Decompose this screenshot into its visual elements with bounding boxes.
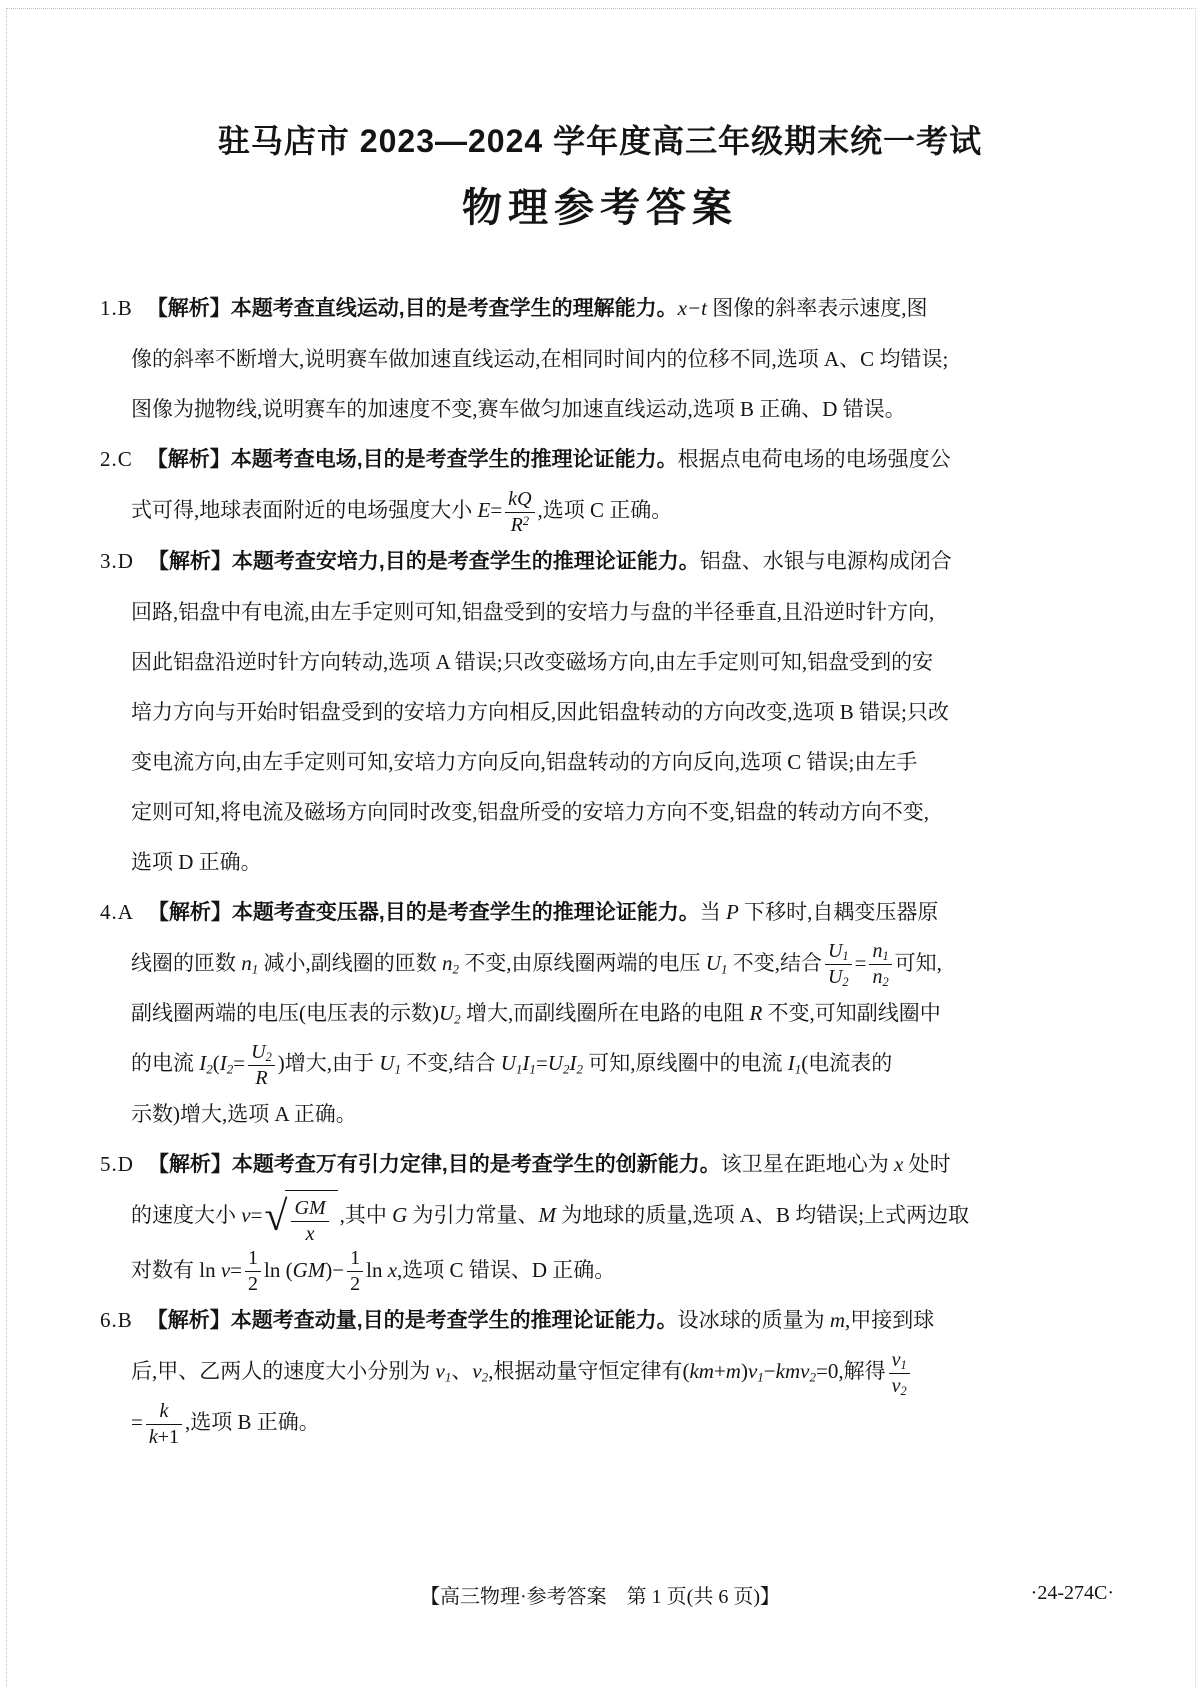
math-segment: v1	[436, 1359, 452, 1383]
item-number: 4.A	[100, 900, 134, 924]
text-segment: =	[536, 1051, 548, 1075]
math-segment: x	[894, 1152, 903, 1176]
subscript: 1	[900, 1358, 906, 1372]
math-segment: kmv2	[776, 1359, 816, 1383]
text-segment: 处时	[903, 1152, 950, 1176]
text-segment: ,甲接到球	[845, 1308, 934, 1332]
text-segment: ,其中	[340, 1203, 393, 1227]
fraction: n1n2	[869, 941, 891, 988]
answer-key-title: 物理参考答案	[0, 176, 1200, 233]
text-segment: 示数)增大,选项 A 正确。	[131, 1102, 357, 1126]
math-segment: U1	[379, 1051, 401, 1075]
math-segment: E	[478, 498, 491, 522]
footer-code: ·24-274C·	[1031, 1582, 1114, 1605]
subscript: 2	[882, 975, 888, 989]
fraction-denominator: 2	[245, 1271, 261, 1295]
math-segment: R	[749, 1001, 762, 1025]
fraction-denominator: x	[291, 1221, 328, 1245]
text-segment: 减小,副线圈的匝数	[258, 951, 442, 975]
text-segment: 可知,原线圈中的电流	[583, 1051, 788, 1075]
text-line: 4.A【解析】本题考查变压器,目的是考查学生的推理论证能力。当 P 下移时,自耦…	[100, 887, 1112, 938]
text-segment: 不变,结合	[727, 951, 822, 975]
text-segment: ,选项 C 错误、D 正确。	[397, 1258, 615, 1282]
page-footer: 【高三物理·参考答案 第 1 页(共 6 页)】 ·24-274C·	[0, 1580, 1200, 1609]
answer-item: 2.C【解析】本题考查电场,目的是考查学生的推理论证能力。根据点电荷电场的电场强…	[131, 434, 1112, 536]
fraction-denominator: n2	[869, 964, 891, 988]
text-segment: 设冰球的质量为	[678, 1308, 830, 1332]
fraction-denominator: k+1	[146, 1424, 182, 1448]
text-segment: ln	[366, 1258, 388, 1282]
text-segment: 不变,结合	[401, 1051, 501, 1075]
text-segment: 培力方向与开始时铝盘受到的安培力方向相反,因此铝盘转动的方向改变,选项 B 错误…	[131, 700, 949, 724]
math-segment: R	[255, 1067, 267, 1089]
fraction: kQR2	[505, 489, 534, 536]
math-segment: U1	[706, 951, 728, 975]
subscript: 2	[900, 1384, 906, 1398]
subscript: 1	[842, 949, 848, 963]
math-segment: x	[306, 1223, 315, 1245]
text-segment: )−	[325, 1258, 344, 1282]
fraction-numerator: v1	[889, 1350, 910, 1373]
subscript: 2	[842, 975, 848, 989]
text-segment: 不变,由原线圈两端的电压	[459, 951, 706, 975]
fraction-denominator: 2	[347, 1271, 363, 1295]
text-line: 的速度大小 v=√GMx,其中 G 为引力常量、M 为地球的质量,选项 A、B …	[131, 1190, 1112, 1245]
fraction-denominator: R2	[505, 512, 534, 536]
math-segment: U1	[828, 940, 849, 962]
text-segment: 1	[350, 1247, 360, 1269]
bold-segment: 【解析】本题考查安培力,目的是考查学生的推理论证能力。	[148, 550, 700, 573]
text-segment: 、	[451, 1359, 472, 1383]
math-segment: U1I1	[501, 1051, 536, 1075]
answer-items: 1.B【解析】本题考查直线运动,目的是考查学生的理解能力。x−t 图像的斜率表示…	[131, 283, 1112, 1448]
text-line: 培力方向与开始时铝盘受到的安培力方向相反,因此铝盘转动的方向改变,选项 B 错误…	[131, 687, 1112, 737]
text-line: 对数有 ln v=12ln (GM)−12ln x,选项 C 错误、D 正确。	[131, 1245, 1112, 1296]
text-segment: 图像的斜率表示速度,图	[707, 296, 928, 320]
item-number: 3.D	[100, 549, 134, 573]
math-segment: km	[689, 1359, 714, 1383]
math-segment: U2I2	[548, 1051, 583, 1075]
math-segment: GM	[294, 1197, 325, 1219]
math-segment: m	[830, 1308, 845, 1332]
text-segment: −	[764, 1359, 776, 1383]
math-segment: v2	[472, 1359, 488, 1383]
math-segment: v1	[748, 1359, 764, 1383]
math-segment: I2	[199, 1051, 213, 1075]
text-line: 副线圈两端的电压(电压表的示数)U2 增大,而副线圈所在电路的电阻 R 不变,可…	[131, 988, 1112, 1038]
text-segment: 对数有 ln	[131, 1258, 221, 1282]
fraction: 12	[347, 1248, 363, 1295]
item-number: 5.D	[100, 1152, 134, 1176]
fraction-numerator: 1	[347, 1248, 363, 1271]
answer-item: 6.B【解析】本题考查动量,目的是考查学生的推理论证能力。设冰球的质量为 m,甲…	[131, 1295, 1112, 1447]
bold-segment: 【解析】本题考查万有引力定律,目的是考查学生的创新能力。	[148, 1153, 721, 1176]
text-segment: =	[131, 1410, 143, 1434]
math-segment: M	[539, 1203, 557, 1227]
answer-item: 4.A【解析】本题考查变压器,目的是考查学生的推理论证能力。当 P 下移时,自耦…	[131, 887, 1112, 1139]
fraction-numerator: kQ	[505, 489, 534, 512]
footer-page-label: 【高三物理·参考答案 第 1 页(共 6 页)】	[420, 1586, 780, 1608]
sqrt-content: GMx	[285, 1190, 337, 1245]
text-segment: (	[213, 1051, 220, 1075]
text-line: 选项 D 正确。	[131, 837, 1112, 887]
fraction: kk+1	[146, 1401, 182, 1448]
math-segment: n2	[872, 966, 888, 988]
text-line: 3.D【解析】本题考查安培力,目的是考查学生的推理论证能力。铝盘、水银与电源构成…	[100, 536, 1112, 587]
answer-item: 3.D【解析】本题考查安培力,目的是考查学生的推理论证能力。铝盘、水银与电源构成…	[131, 536, 1112, 887]
math-segment: R2	[511, 514, 529, 536]
fraction: GMx	[291, 1198, 328, 1245]
text-segment: 选项 D 正确。	[131, 850, 262, 874]
text-segment: 的电流	[131, 1051, 199, 1075]
text-line: 定则可知,将电流及磁场方向同时改变,铝盘所受的安培力方向不变,铝盘的转动方向不变…	[131, 787, 1112, 837]
answer-item: 1.B【解析】本题考查直线运动,目的是考查学生的理解能力。x−t 图像的斜率表示…	[131, 283, 1112, 434]
fraction-numerator: 1	[245, 1248, 261, 1271]
text-segment: 2	[248, 1273, 258, 1295]
text-segment: 线圈的匝数	[131, 951, 241, 975]
text-line: 后,甲、乙两人的速度大小分别为 v1、v2,根据动量守恒定律有(km+m)v1−…	[131, 1346, 1112, 1397]
math-segment: GM	[293, 1258, 326, 1282]
text-segment: 1	[248, 1247, 258, 1269]
math-segment: k	[149, 1426, 158, 1448]
math-segment: v2	[892, 1375, 907, 1397]
text-segment: (电流表的	[801, 1051, 892, 1075]
text-segment: 该卫星在距地心为	[721, 1152, 894, 1176]
text-line: 像的斜率不断增大,说明赛车做加速直线运动,在相同时间内的位移不同,选项 A、C …	[131, 334, 1112, 384]
text-segment: ,选项 B 正确。	[185, 1410, 320, 1434]
subscript: 1	[516, 1062, 523, 1077]
text-segment: 为引力常量、	[407, 1203, 538, 1227]
fraction-numerator: k	[146, 1401, 182, 1424]
radical-icon: √	[264, 1200, 287, 1236]
text-segment: 铝盘、水银与电源构成闭合	[700, 549, 952, 573]
math-segment: U2	[251, 1041, 272, 1063]
text-segment: 2	[350, 1273, 360, 1295]
fraction-denominator: U2	[825, 964, 852, 988]
math-segment: n1	[872, 940, 888, 962]
text-segment: 根据点电荷电场的电场强度公	[678, 447, 951, 471]
superscript: 2	[523, 514, 529, 528]
text-segment: 可知,	[895, 951, 942, 975]
bold-segment: 【解析】本题考查动量,目的是考查学生的推理论证能力。	[147, 1309, 678, 1332]
text-segment: 不变,可知副线圈中	[762, 1001, 941, 1025]
item-number: 6.B	[100, 1308, 133, 1332]
math-segment: I2	[220, 1051, 234, 1075]
text-line: =kk+1,选项 B 正确。	[131, 1397, 1112, 1448]
text-line: 线圈的匝数 n1 减小,副线圈的匝数 n2 不变,由原线圈两端的电压 U1 不变…	[131, 938, 1112, 989]
exam-title: 驻马店市 2023—2024 学年度高三年级期末统一考试	[0, 0, 1200, 162]
math-segment: v1	[892, 1349, 907, 1371]
text-segment: +	[714, 1359, 726, 1383]
math-segment: I1	[788, 1051, 802, 1075]
text-segment: 下移时,自耦变压器原	[739, 900, 939, 924]
math-segment: v	[221, 1258, 230, 1282]
text-segment: 后,甲、乙两人的速度大小分别为	[131, 1359, 436, 1383]
text-segment: )增大,由于	[278, 1051, 380, 1075]
answer-item: 5.D【解析】本题考查万有引力定律,目的是考查学生的创新能力。该卫星在距地心为 …	[131, 1139, 1112, 1295]
math-segment: x−t	[678, 296, 707, 320]
text-segment: 像的斜率不断增大,说明赛车做加速直线运动,在相同时间内的位移不同,选项 A、C …	[131, 347, 948, 371]
fraction: U1U2	[825, 941, 852, 988]
math-segment: P	[726, 900, 739, 924]
text-segment: =	[230, 1258, 242, 1282]
text-segment: 回路,铝盘中有电流,由左手定则可知,铝盘受到的安培力与盘的半径垂直,且沿逆时针方…	[131, 600, 934, 624]
text-segment: 的速度大小	[131, 1203, 241, 1227]
text-segment: )	[741, 1359, 748, 1383]
bold-segment: 【解析】本题考查变压器,目的是考查学生的推理论证能力。	[148, 901, 700, 924]
fraction-denominator: v2	[889, 1373, 910, 1397]
text-line: 式可得,地球表面附近的电场强度大小 E=kQR2,选项 C 正确。	[131, 485, 1112, 536]
fraction-numerator: U2	[248, 1042, 275, 1065]
subscript: 2	[563, 1062, 570, 1077]
text-line: 因此铝盘沿逆时针方向转动,选项 A 错误;只改变磁场方向,由左手定则可知,铝盘受…	[131, 637, 1112, 687]
text-line: 1.B【解析】本题考查直线运动,目的是考查学生的理解能力。x−t 图像的斜率表示…	[100, 283, 1112, 334]
text-line: 图像为抛物线,说明赛车的加速度不变,赛车做匀加速直线运动,选项 B 正确、D 错…	[131, 384, 1112, 434]
text-segment: =	[251, 1203, 263, 1227]
math-segment: G	[392, 1203, 407, 1227]
subscript: 1	[882, 949, 888, 963]
document-page: 驻马店市 2023—2024 学年度高三年级期末统一考试 物理参考答案 1.B【…	[0, 0, 1200, 1689]
text-segment: ,选项 C 正确。	[538, 498, 673, 522]
bold-segment: 【解析】本题考查直线运动,目的是考查学生的理解能力。	[147, 297, 678, 320]
text-line: 的电流 I2(I2=U2R)增大,由于 U1 不变,结合 U1I1=U2I2 可…	[131, 1038, 1112, 1089]
text-segment: 为地球的质量,选项 A、B 均错误;上式两边取	[556, 1203, 969, 1227]
text-segment: =	[490, 498, 502, 522]
text-segment: 当	[700, 900, 726, 924]
math-segment: n1	[241, 951, 258, 975]
fraction: U2R	[248, 1042, 275, 1089]
text-segment: +1	[158, 1426, 179, 1448]
text-line: 6.B【解析】本题考查动量,目的是考查学生的推理论证能力。设冰球的质量为 m,甲…	[100, 1295, 1112, 1346]
fraction-denominator: R	[248, 1065, 275, 1089]
text-segment: ln (	[264, 1258, 293, 1282]
math-segment: U2	[439, 1001, 461, 1025]
subscript: 2	[266, 1050, 272, 1064]
text-line: 回路,铝盘中有电流,由左手定则可知,铝盘受到的安培力与盘的半径垂直,且沿逆时针方…	[131, 587, 1112, 637]
text-segment: 定则可知,将电流及磁场方向同时改变,铝盘所受的安培力方向不变,铝盘的转动方向不变…	[131, 800, 929, 824]
text-segment: 图像为抛物线,说明赛车的加速度不变,赛车做匀加速直线运动,选项 B 正确、D 错…	[131, 397, 906, 421]
math-segment: U2	[828, 966, 849, 988]
math-segment: k	[159, 1400, 168, 1422]
fraction-numerator: GM	[291, 1198, 328, 1221]
text-segment: =	[855, 951, 867, 975]
math-segment: v	[241, 1203, 250, 1227]
math-segment: m	[726, 1359, 741, 1383]
item-number: 1.B	[100, 296, 133, 320]
text-segment: 变电流方向,由左手定则可知,安培力方向反向,铝盘转动的方向反向,选项 C 错误;…	[131, 750, 917, 774]
text-line: 2.C【解析】本题考查电场,目的是考查学生的推理论证能力。根据点电荷电场的电场强…	[100, 434, 1112, 485]
math-segment: x	[388, 1258, 397, 1282]
text-segment: =	[233, 1051, 245, 1075]
fraction-numerator: n1	[869, 941, 891, 964]
text-line: 变电流方向,由左手定则可知,安培力方向反向,铝盘转动的方向反向,选项 C 错误;…	[131, 737, 1112, 787]
text-segment: 式可得,地球表面附近的电场强度大小	[131, 498, 478, 522]
fraction-numerator: U1	[825, 941, 852, 964]
math-segment: n2	[442, 951, 459, 975]
text-line: 5.D【解析】本题考查万有引力定律,目的是考查学生的创新能力。该卫星在距地心为 …	[100, 1139, 1112, 1190]
text-segment: 增大,而副线圈所在电路的电阻	[461, 1001, 750, 1025]
sqrt-expression: √GMx	[264, 1190, 337, 1245]
fraction: v1v2	[889, 1350, 910, 1397]
bold-segment: 【解析】本题考查电场,目的是考查学生的推理论证能力。	[147, 448, 678, 471]
fraction: 12	[245, 1248, 261, 1295]
text-line: 示数)增大,选项 A 正确。	[131, 1089, 1112, 1139]
math-segment: kQ	[508, 488, 531, 510]
text-segment: 因此铝盘沿逆时针方向转动,选项 A 错误;只改变磁场方向,由左手定则可知,铝盘受…	[131, 650, 933, 674]
item-number: 2.C	[100, 447, 133, 471]
text-segment: ,根据动量守恒定律有(	[488, 1359, 689, 1383]
text-segment: =0,解得	[816, 1359, 886, 1383]
text-segment: 副线圈两端的电压(电压表的示数)	[131, 1001, 439, 1025]
